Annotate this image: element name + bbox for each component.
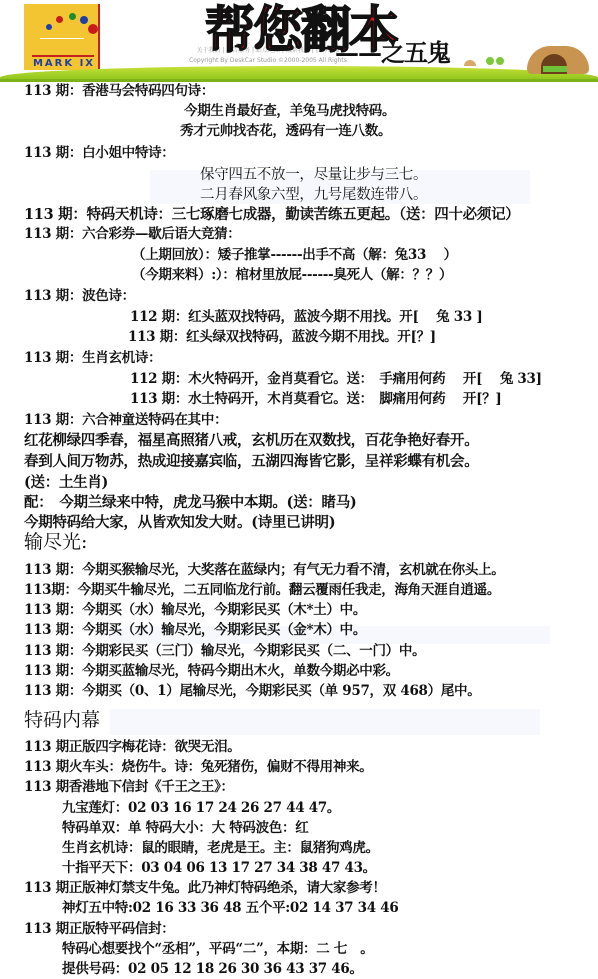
- bench-icon: [464, 60, 476, 66]
- poem-line: 春到人间万物苏，热成迎接嘉宾临，五湖四海皆它影，呈祥彩蝶有机会。: [24, 453, 478, 470]
- house-fence: [543, 66, 567, 72]
- poem-line: 保守四五不放一，尽量让步与三七。: [200, 167, 427, 184]
- list-item: 113期：今期买牛输尽光，二五同临龙行前。翻云覆雨任我走，海角天涯自逍遥。: [24, 582, 500, 599]
- bg-band: [110, 709, 540, 735]
- poem-line: 112 期：木火特码开，金肖莫看它。送： 手痛用何药 开[ 兔 33]: [130, 371, 542, 388]
- poem-heading: 113 期：香港马会特码四句诗：: [24, 83, 214, 100]
- poem-line: 二月春风象六型，九号尾数连带八。: [200, 187, 427, 204]
- poem-heading: 113 期：特码天机诗：三七琢磨七成器，勤读苦练五更起。（送：四十必须记）: [24, 206, 519, 223]
- list-item: 特码心想要找个“丞相”，平码“二”，本期：二 七 。: [62, 941, 373, 958]
- poem-line: 今期特码给大家，从皆欢知发大财。(诗里已讲明): [24, 514, 335, 531]
- list-item: 特码单双：单 特码大小：大 特码波色：红: [62, 820, 308, 837]
- logo-arc: [40, 38, 84, 39]
- poem-line: 今期生肖最好查，羊兔马虎找特码。: [184, 103, 395, 120]
- logo-dot-icon: [88, 24, 98, 34]
- poem-line: 配： 今期兰绿来中特，虎龙马猴中本期。(送：睹马): [24, 494, 356, 511]
- list-item: 神灯五中特:02 16 33 36 48 五个平:02 14 37 34 46: [62, 900, 398, 917]
- list-item: 九宝莲灯：02 03 16 17 24 26 27 44 47。: [62, 800, 340, 817]
- list-item: 生肖玄机诗：鼠的眼睛，老虎是王。主：鼠猪狗鸡虎。: [62, 840, 379, 857]
- logo-dot-icon: [69, 13, 76, 20]
- poem-heading: 113 期：生肖玄机诗：: [24, 350, 161, 367]
- list-item: 113 期正版神灯禁支牛兔。此乃神灯特码绝杀，请大家参考！: [24, 880, 386, 897]
- logo-dot-icon: [80, 16, 88, 24]
- page-subtitle: ——之五鬼: [335, 33, 450, 68]
- list-item: 113 期：今期买（水）输尽光，今期彩民买（木*土）中。: [24, 602, 366, 619]
- list-item: 113 期火车头：烧伤牛。诗：兔死猪伤，偏财不得用神来。: [24, 759, 372, 776]
- poem-line: 红花柳绿四季春，福星高照猪八戒，玄机历在双数找，百花争艳好春开。: [24, 432, 478, 449]
- riddle-line: （上期回放）：矮子推掌------出手不高（解：兔33 ）: [132, 247, 457, 264]
- logo-text: MARK IX: [30, 58, 98, 69]
- poem-line: 113 期：红头绿双找特码，蓝波今期不用找。开[？]: [128, 329, 436, 346]
- poem-note: (送：土生肖): [24, 474, 108, 491]
- list-item: 113 期：今期买（水）输尽光，今期彩民买（金*木）中。: [24, 622, 366, 639]
- list-item: 113 期：今期买猴输尽光，大奖落在蓝绿内；有气无力看不清，玄机就在你头上。: [24, 562, 504, 579]
- section-title-shujinguang: 输尽光:: [24, 530, 87, 554]
- list-item: 113 期正版特平码信封：: [24, 921, 174, 938]
- bear-house-icon: [527, 46, 589, 74]
- tree-icon: [496, 57, 504, 65]
- page-header: MARK IX 关于我们 | 广告服务 | 站点地图 | 联系我们 | 投诉举报…: [0, 0, 598, 82]
- poem-line: 113 期：水土特码开，木肖莫看它。送： 脚痛用何药 开[？]: [130, 391, 502, 408]
- poem-heading: 113 期：白小姐中特诗：: [24, 145, 174, 162]
- header-divider: [0, 79, 598, 82]
- list-item: 113 期：今期彩民买（三门）输尽光，今期彩民买（二、一门）中。: [24, 643, 425, 660]
- poem-heading: 113 期：六合神童送特码在其中：: [24, 412, 227, 429]
- logo-dot-icon: [46, 24, 52, 30]
- list-item: 十指平天下：03 04 06 13 17 27 34 38 47 43。: [62, 860, 376, 877]
- poem-line: 112 期：红头蓝双找特码，蓝波今期不用找。开[ 兔 33 ]: [130, 309, 482, 326]
- riddle-line: （今期来料）:）：棺材里放屁------臭死人（解：？？）: [132, 267, 452, 284]
- list-item: 提供号码：02 05 12 18 26 30 36 43 37 46。: [62, 961, 363, 978]
- logo[interactable]: MARK IX: [24, 4, 100, 70]
- list-item: 113 期：今期买（0、1）尾输尽光，今期彩民买（单 957，双 468）尾中。: [24, 683, 480, 700]
- list-item: 113 期香港地下信封《千王之王》：: [24, 779, 234, 796]
- section-title-neimu: 特码内幕: [24, 708, 100, 732]
- list-item: 113 期：今期买蓝输尽光，特码今期出木火，单数今期必中彩。: [24, 663, 399, 680]
- poem-heading: 113 期：波色诗：: [24, 288, 135, 305]
- list-item: 113 期正版四字梅花诗：欲哭无泪。: [24, 739, 240, 756]
- poem-heading: 113 期：六合彩券—歇后语大竞猜：: [24, 226, 240, 243]
- poem-line: 秀才元帅找杏花，透码有一连八数。: [180, 123, 391, 140]
- tree-icon: [486, 57, 494, 65]
- logo-dot-icon: [56, 16, 63, 23]
- logo-rule: [32, 55, 94, 57]
